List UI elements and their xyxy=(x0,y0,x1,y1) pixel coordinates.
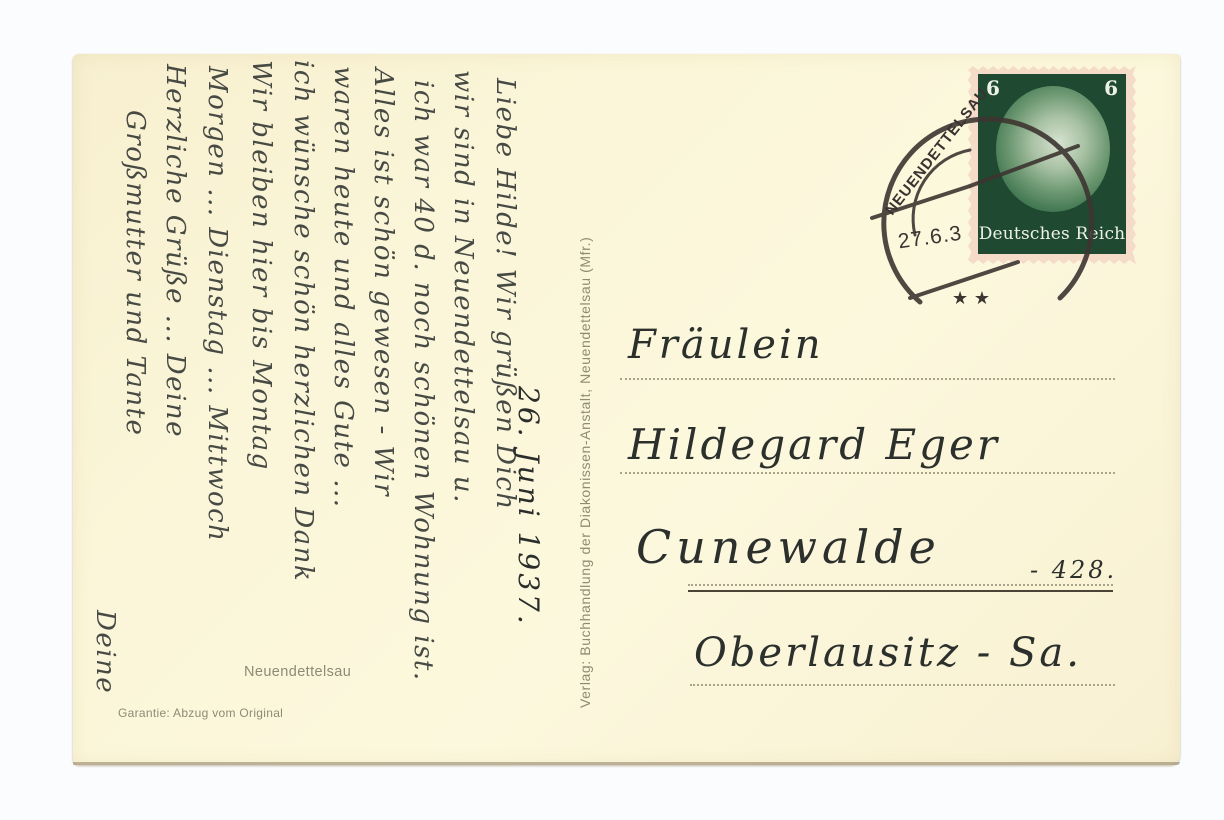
town-underline xyxy=(688,590,1113,592)
address-line-divider xyxy=(620,378,1115,380)
message-line: wir sind in Neuendettelsau u. xyxy=(448,70,478,504)
stamp-value-right: 6 xyxy=(1104,76,1118,100)
stamp-country-label: Deutsches Reich xyxy=(978,224,1126,244)
message-line: Morgen ... Dienstag ... Mittwoch xyxy=(202,66,232,542)
publisher-imprint: Verlag: Buchhandlung der Diakonissen-Ans… xyxy=(577,237,593,708)
address-region: Oberlausitz - Sa. xyxy=(694,630,1082,676)
address-line-divider xyxy=(688,584,1113,586)
message-signature: Deine xyxy=(90,610,120,694)
handwritten-date: 26. Juni 1937. xyxy=(512,386,545,627)
message-line: Wir bleiben hier bis Montag xyxy=(246,60,276,471)
address-salutation: Fräulein xyxy=(628,322,824,368)
message-line: Großmutter und Tante xyxy=(120,110,150,436)
message-line: Herzliche Grüße ... Deine xyxy=(160,64,190,438)
address-house-number: - 428. xyxy=(1030,556,1117,584)
message-line: Alles ist schön gewesen - Wir xyxy=(368,68,398,497)
postage-stamp: 6 6 Deutsches Reich xyxy=(968,66,1136,264)
address-line-divider xyxy=(690,684,1115,686)
address-town: Cunewalde xyxy=(636,520,941,574)
message-line: waren heute und alles Gute ... xyxy=(328,66,358,509)
printed-place-caption: Neuendettelsau xyxy=(244,664,351,680)
message-line: ich war 40 d. noch schönen Wohnung ist. xyxy=(408,80,438,682)
portrait-medallion xyxy=(996,86,1110,212)
printed-guarantee-note: Garantie: Abzug vom Original xyxy=(118,706,283,720)
address-line-divider xyxy=(620,472,1115,474)
address-name: Hildegard Eger xyxy=(628,420,1000,469)
message-line: ich wünsche schön herzlichen Dank xyxy=(288,60,318,582)
